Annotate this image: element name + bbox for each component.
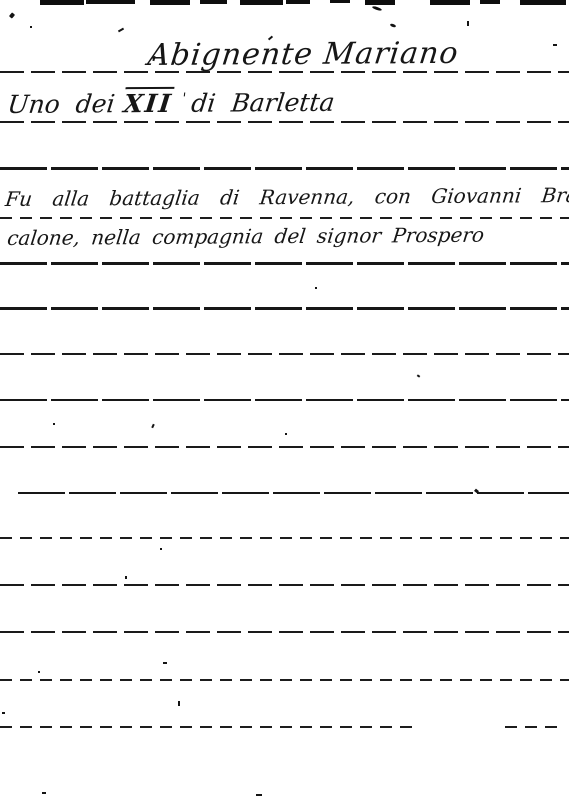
ink-speck [390, 23, 397, 28]
top-edge-tear-mark [200, 0, 227, 4]
ink-speck [163, 662, 167, 664]
ink-speck [285, 433, 287, 435]
ink-speck [53, 423, 55, 425]
ruled-line [0, 584, 569, 586]
ruled-line [0, 679, 569, 681]
ruled-line [0, 399, 569, 401]
ink-speck [256, 794, 262, 796]
top-edge-tear-mark [520, 0, 566, 5]
ruled-line [0, 353, 569, 355]
ink-speck [553, 44, 557, 46]
ruled-line [0, 726, 420, 728]
top-edge-tear-mark [150, 0, 190, 5]
handwritten-body-line-1: Fu alla battaglia di Ravenna, con Giovan… [4, 183, 569, 211]
top-edge-tear-mark [86, 0, 135, 4]
ink-speck [160, 548, 162, 550]
ruled-line [0, 121, 569, 123]
scanned-document-page: Abignente Mariano Uno deiXII'di Barletta… [0, 0, 569, 800]
top-edge-tear-mark [372, 6, 382, 12]
ink-speck [125, 576, 127, 579]
subtitle-suffix: di Barletta [190, 88, 336, 118]
ink-speck [9, 12, 15, 18]
numeral-flourish: ' [181, 90, 187, 106]
ruled-line [0, 631, 569, 633]
handwritten-subtitle: Uno deiXII'di Barletta [6, 88, 336, 119]
ink-speck [38, 671, 40, 673]
top-edge-tear-mark [40, 0, 84, 5]
ruled-line [0, 537, 569, 539]
ruled-line [505, 726, 563, 728]
ink-speck [2, 712, 5, 714]
ruled-line [0, 446, 569, 448]
top-edge-tear-mark [240, 0, 283, 5]
roman-numeral-xii: XII [122, 89, 174, 118]
top-edge-tear-mark [286, 0, 310, 4]
top-edge-tear-mark [480, 0, 500, 4]
ruled-line [0, 307, 569, 310]
subtitle-prefix: Uno dei [6, 89, 116, 119]
ruled-line [0, 167, 569, 170]
ink-speck [178, 701, 180, 706]
ink-speck [30, 26, 32, 28]
handwritten-title: Abignente Mariano [146, 36, 461, 73]
ruled-line [0, 217, 569, 219]
ruled-line [18, 492, 569, 494]
ink-speck [118, 28, 124, 33]
top-edge-tear-mark [365, 0, 395, 5]
ink-speck [315, 287, 317, 289]
ink-speck [467, 21, 469, 26]
ink-speck [151, 424, 155, 428]
ink-speck [42, 792, 46, 794]
handwritten-body-line-2: calone, nella compagnia del signor Prosp… [6, 223, 486, 250]
ruled-line [0, 262, 569, 265]
top-edge-tear-mark [330, 0, 350, 3]
top-edge-tear-mark [430, 0, 470, 5]
ink-speck [417, 374, 421, 377]
